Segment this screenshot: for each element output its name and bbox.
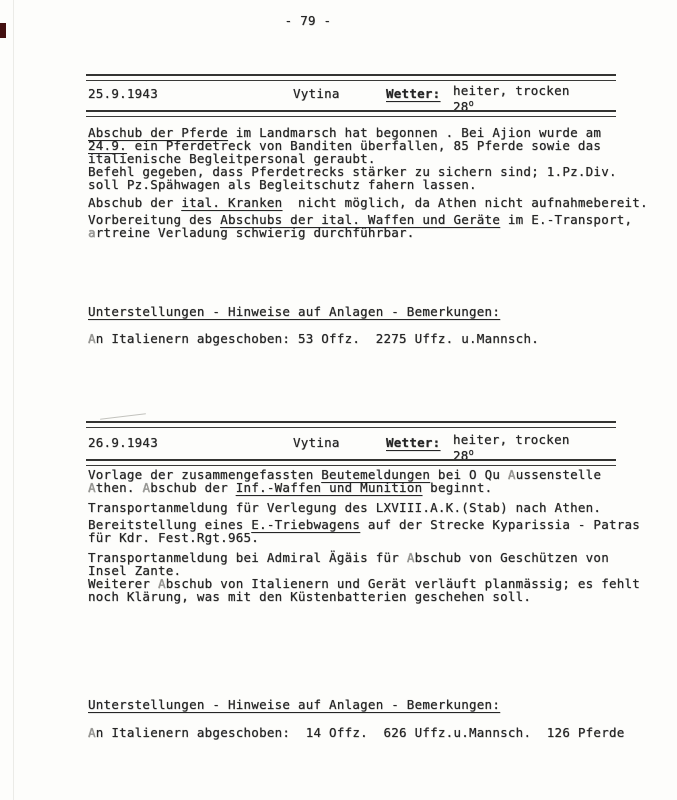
- entry-2-paragraph-2: Transportanmeldung für Verlegung des LXV…: [88, 501, 673, 514]
- entry-1-weather-condition: heiter, trocken: [453, 84, 570, 98]
- entry-2-weather-label: Wetter:: [386, 436, 440, 449]
- degree-sign: o: [469, 99, 474, 109]
- entry-2-remarks-heading: Unterstellungen - Hinweise auf Anlagen -…: [88, 698, 500, 711]
- entry-2-paragraph-3: Bereitstellung eines E.-Triebwagens auf …: [88, 518, 673, 544]
- document-page: - 79 - 25.9.1943 Vytina Wetter: heiter, …: [0, 0, 677, 800]
- degree-sign: o: [469, 448, 474, 458]
- entry-2-remarks-line: An Italienern abgeschoben: 14 Offz. 626 …: [88, 726, 673, 739]
- divider-rule-bottom-entry-1: [86, 110, 616, 117]
- divider-rule-top-entry-2: [86, 421, 616, 428]
- entry-2-paragraph-1: Vorlage der zusammengefassten Beutemeldu…: [88, 468, 673, 494]
- entry-2-date: 26.9.1943: [88, 436, 158, 449]
- entry-2-weather-value: heiter, trocken 28o: [453, 433, 570, 461]
- entry-1-paragraph-4: Vorbereitung des Abschubs der ital. Waff…: [88, 213, 673, 239]
- entry-1-paragraph-1: Abschub der Pferde im Landmarsch hat beg…: [88, 126, 673, 165]
- entry-1-date: 25.9.1943: [88, 87, 158, 100]
- entry-1-weather-value: heiter, trocken 28o: [453, 84, 570, 112]
- divider-rule-top-entry-1: [86, 74, 616, 81]
- entry-1-place: Vytina: [293, 87, 340, 100]
- entry-2-weather-condition: heiter, trocken: [453, 433, 570, 447]
- entry-1-remarks-heading: Unterstellungen - Hinweise auf Anlagen -…: [88, 305, 500, 318]
- entry-1-paragraph-3: Abschub der ital. Kranken nicht möglich,…: [88, 196, 673, 209]
- pencil-stroke: [100, 413, 146, 420]
- entry-2-paragraph-4: Transportanmeldung bei Admiral Ägäis für…: [88, 551, 673, 603]
- scan-edge-line: [13, 0, 14, 800]
- entry-1-remarks-line: An Italienern abgeschoben: 53 Offz. 2275…: [88, 332, 673, 345]
- page-number: - 79 -: [0, 14, 616, 27]
- entry-1-paragraph-2: Befehl gegeben, dass Pferdetrecks stärke…: [88, 165, 673, 191]
- entry-2-place: Vytina: [293, 436, 340, 449]
- entry-1-weather-label: Wetter:: [386, 87, 440, 100]
- divider-rule-bottom-entry-2: [86, 459, 616, 466]
